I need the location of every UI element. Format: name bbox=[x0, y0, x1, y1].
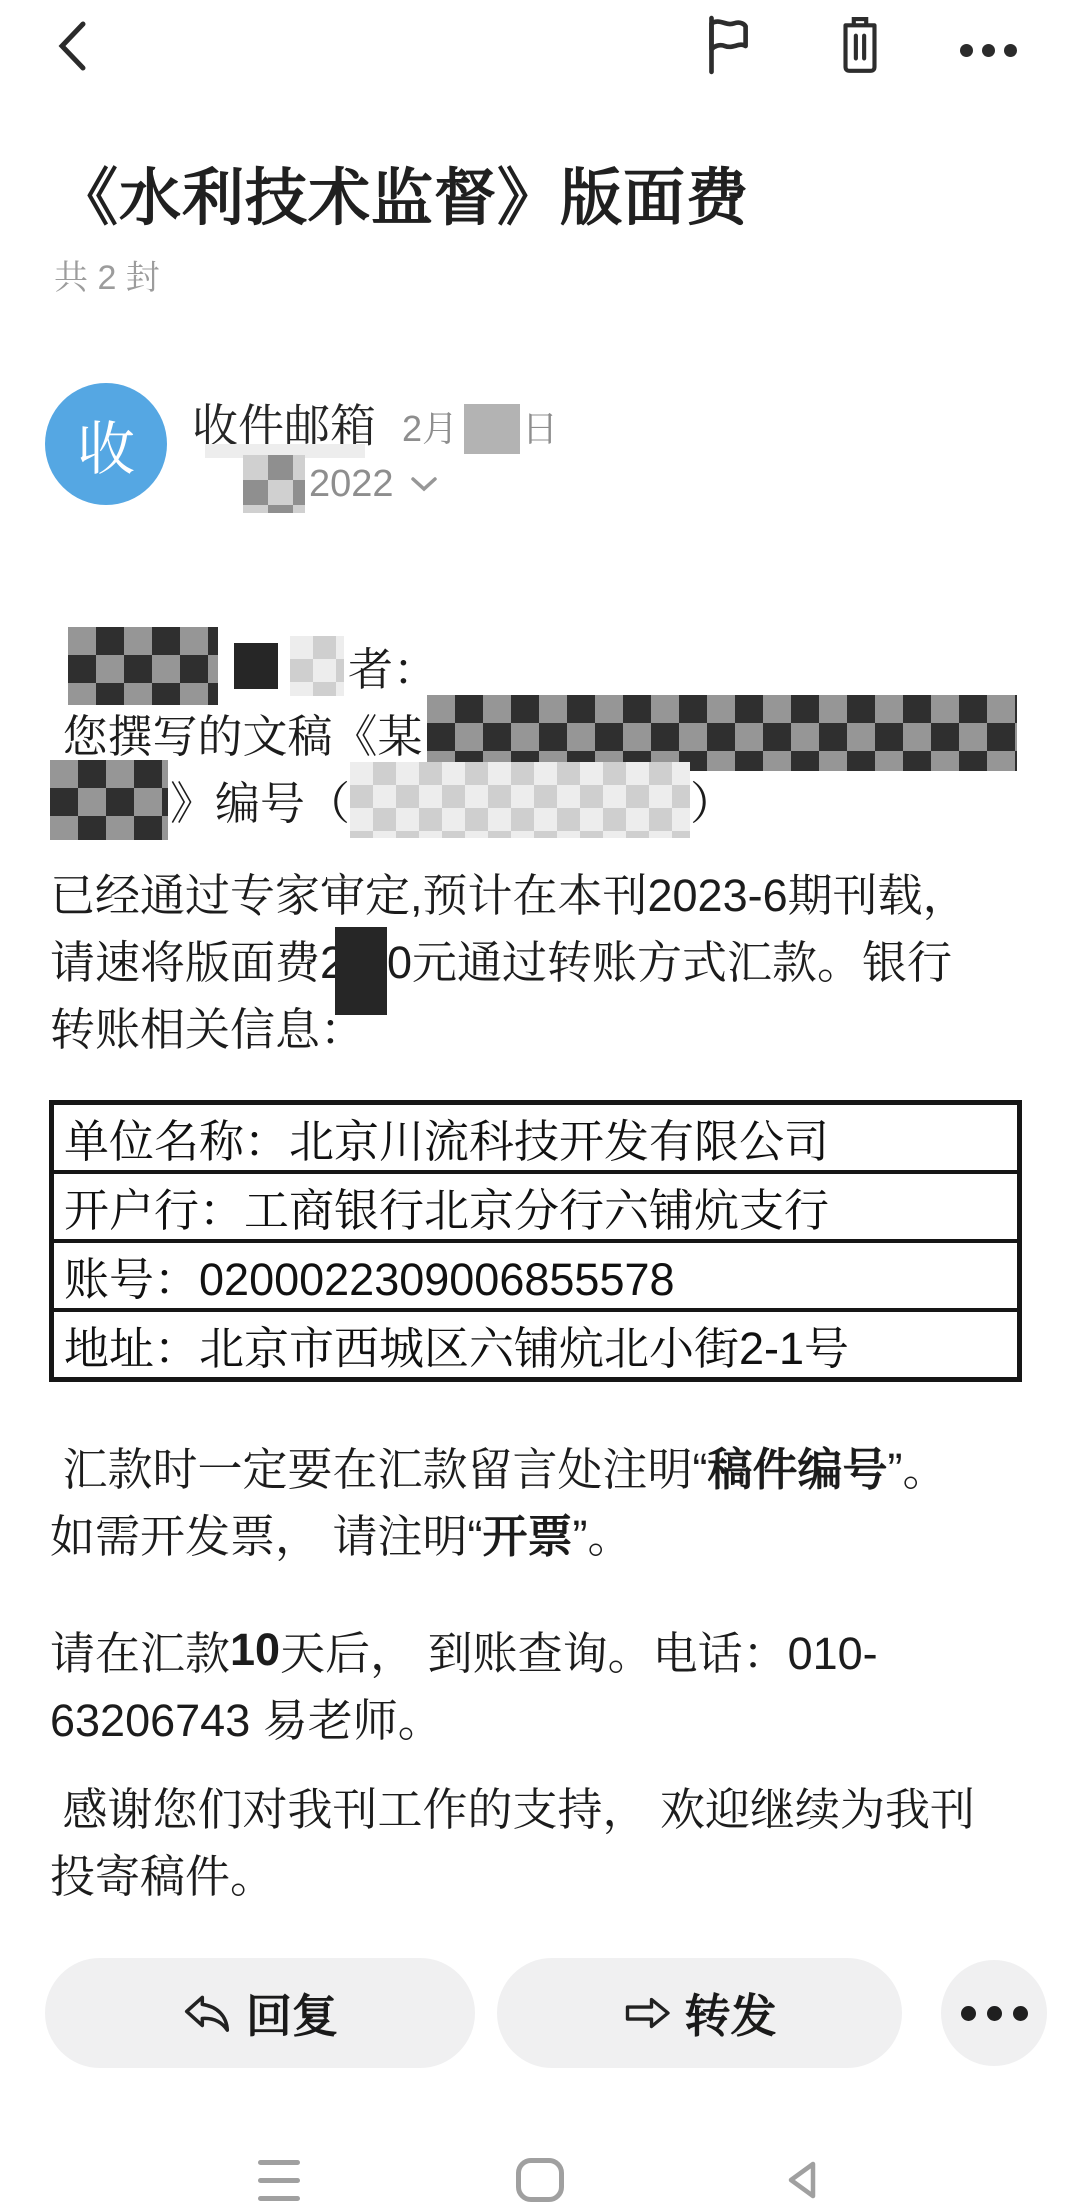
redacted-block bbox=[234, 643, 278, 689]
redacted-block bbox=[464, 404, 520, 454]
body-text: ”。 bbox=[888, 1433, 948, 1498]
body-paragraph-contact: 请在汇款10天后， 到账查询。电话：010- 63206743 易老师。 bbox=[50, 1616, 878, 1750]
body-line: 请在汇款10天后， 到账查询。电话：010- bbox=[50, 1616, 878, 1683]
back-button[interactable] bbox=[56, 20, 88, 75]
menu-lines-icon bbox=[258, 2160, 300, 2201]
mail-date: 2月 日 bbox=[402, 398, 558, 454]
redacted-block bbox=[290, 636, 344, 696]
body-text-bold: 稿件编号 bbox=[708, 1433, 888, 1498]
reply-label: 回复 bbox=[246, 1980, 338, 2046]
bank-row-value: 工商银行北京分行六铺炕支行 bbox=[244, 1185, 829, 1236]
chevron-left-icon bbox=[56, 60, 88, 75]
body-text: 如需开发票， 请注明“ bbox=[50, 1500, 483, 1565]
redacted-block bbox=[243, 455, 305, 513]
body-text: 63206743 易老师。 bbox=[50, 1684, 443, 1749]
body-line: 感谢您们对我刊工作的支持， 欢迎继续为我刊 bbox=[50, 1772, 975, 1839]
redacted-block bbox=[427, 695, 1017, 771]
avatar-initial: 收 bbox=[77, 402, 135, 486]
delete-button[interactable] bbox=[834, 16, 886, 79]
body-text: 投寄稿件。 bbox=[50, 1840, 275, 1905]
body-line: 者： bbox=[50, 632, 1017, 699]
thread-count: 共 2 封 bbox=[54, 250, 160, 299]
body-text: ） bbox=[690, 767, 735, 832]
table-row: 账号：0200022309006855578 bbox=[52, 1241, 1019, 1310]
body-paragraph-note: 汇款时一定要在汇款留言处注明“稿件编号”。 如需开发票， 请注明“开票”。 bbox=[50, 1432, 948, 1566]
more-options-button[interactable] bbox=[960, 44, 1017, 57]
date-month: 2月 bbox=[402, 401, 458, 452]
body-line: 您撰写的文稿《某 bbox=[50, 699, 1017, 766]
body-text: 感谢您们对我刊工作的支持， 欢迎继续为我刊 bbox=[50, 1773, 975, 1838]
bank-row-value: 北京市西城区六铺炕北小街2-1号 bbox=[199, 1323, 849, 1374]
body-text: ”。 bbox=[573, 1500, 633, 1565]
body-line: 投寄稿件。 bbox=[50, 1839, 975, 1906]
table-row: 单位名称：北京川流科技开发有限公司 bbox=[52, 1103, 1019, 1172]
redacted-block bbox=[350, 762, 690, 838]
bank-row-value: 北京川流科技开发有限公司 bbox=[289, 1116, 829, 1167]
mail-year: 2022 bbox=[309, 463, 394, 506]
body-line: 汇款时一定要在汇款留言处注明“稿件编号”。 bbox=[50, 1432, 948, 1499]
body-paragraph-greeting: 者： 您撰写的文稿《某 》编号（ ） bbox=[50, 632, 1017, 833]
body-text: 汇款时一定要在汇款留言处注明“ bbox=[50, 1433, 708, 1498]
bank-row-label: 账号： bbox=[64, 1254, 199, 1305]
mail-meta-expander[interactable]: 2022 bbox=[243, 455, 438, 513]
body-paragraph-thanks: 感谢您们对我刊工作的支持， 欢迎继续为我刊 投寄稿件。 bbox=[50, 1772, 975, 1906]
body-line: 已经通过专家审定,预计在本刊2023-6期刊载， bbox=[50, 858, 968, 925]
body-text: 您撰写的文稿《某 bbox=[50, 700, 423, 765]
bank-row-label: 单位名称： bbox=[64, 1116, 289, 1167]
reply-arrow-icon bbox=[182, 1991, 232, 2035]
body-text: 》编号（ bbox=[170, 767, 350, 832]
body-line: 如需开发票， 请注明“开票”。 bbox=[50, 1499, 948, 1566]
ellipsis-icon bbox=[960, 44, 1017, 57]
chevron-down-icon bbox=[410, 476, 438, 492]
forward-button[interactable]: 转发 bbox=[497, 1958, 902, 2068]
trash-icon bbox=[834, 64, 886, 79]
nav-back-button[interactable] bbox=[780, 2158, 826, 2204]
flag-icon bbox=[700, 64, 754, 79]
body-text-bold: 10 bbox=[230, 1624, 280, 1676]
redacted-block bbox=[68, 627, 218, 705]
more-actions-button[interactable] bbox=[941, 1960, 1047, 2066]
bank-info-table: 单位名称：北京川流科技开发有限公司 开户行：工商银行北京分行六铺炕支行 账号：0… bbox=[49, 1100, 1022, 1382]
body-line: 请速将版面费2 0元通过转账方式汇款。银行 bbox=[50, 925, 968, 992]
forward-label: 转发 bbox=[685, 1980, 777, 2046]
body-text: 请速将版面费2 bbox=[50, 926, 345, 991]
nav-menu-button[interactable] bbox=[258, 2160, 300, 2201]
sender-avatar[interactable]: 收 bbox=[45, 383, 167, 505]
back-triangle-icon bbox=[780, 2190, 826, 2204]
ellipsis-icon bbox=[961, 2006, 1028, 2021]
body-text: 已经通过专家审定,预计在本刊2023-6期刊载， bbox=[50, 859, 968, 924]
body-line: 转账相关信息： bbox=[50, 992, 968, 1059]
bank-row-label: 地址： bbox=[64, 1323, 199, 1374]
body-line: 63206743 易老师。 bbox=[50, 1683, 878, 1750]
flag-button[interactable] bbox=[700, 14, 754, 79]
body-text-bold: 开票 bbox=[483, 1500, 573, 1565]
body-text: 转账相关信息： bbox=[50, 993, 365, 1058]
body-text: 请在汇款 bbox=[50, 1617, 230, 1682]
reply-button[interactable]: 回复 bbox=[45, 1958, 475, 2068]
body-text: 者： bbox=[348, 633, 438, 698]
body-text: 0元通过转账方式汇款。银行 bbox=[387, 926, 952, 991]
nav-home-button[interactable] bbox=[516, 2158, 564, 2202]
bank-row-label: 开户行： bbox=[64, 1185, 244, 1236]
body-paragraph-fee: 已经通过专家审定,预计在本刊2023-6期刊载， 请速将版面费2 0元通过转账方… bbox=[50, 858, 968, 1059]
redacted-block bbox=[50, 760, 168, 840]
mail-subject: 《水利技术监督》版面费 bbox=[56, 148, 749, 237]
forward-arrow-icon bbox=[623, 1994, 671, 2032]
bank-row-value: 0200022309006855578 bbox=[199, 1254, 675, 1305]
table-row: 地址：北京市西城区六铺炕北小街2-1号 bbox=[52, 1310, 1019, 1379]
body-line: 》编号（ ） bbox=[50, 766, 1017, 833]
table-row: 开户行：工商银行北京分行六铺炕支行 bbox=[52, 1172, 1019, 1241]
date-day: 日 bbox=[522, 401, 558, 452]
body-text: 天后， 到账查询。电话：010- bbox=[280, 1617, 878, 1682]
